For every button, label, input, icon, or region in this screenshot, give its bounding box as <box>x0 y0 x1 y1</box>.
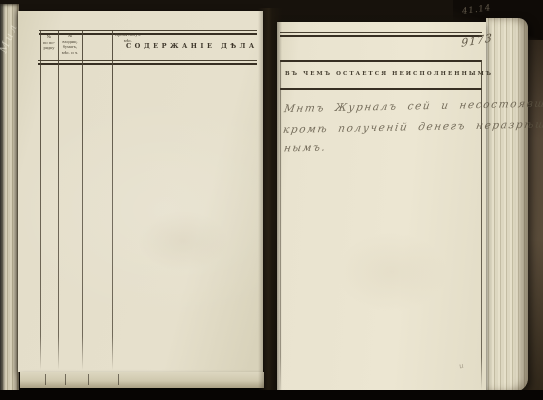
handwriting-line-3: нымъ. <box>283 142 327 155</box>
ink-smudge: и <box>458 362 464 371</box>
table-vline-3 <box>82 30 83 370</box>
bottom-edge-line <box>118 374 119 385</box>
left-page: № по по- рядку № входящ. бумагъ, мѣс. и … <box>18 11 263 372</box>
table-vline-1 <box>40 30 41 370</box>
table-top-rule-thin <box>39 30 257 31</box>
header-bottom-rule-thin <box>38 60 257 61</box>
column3-line: Время получ. <box>113 32 143 38</box>
column2-line: бумагъ, <box>59 44 81 50</box>
bottom-edge-line <box>45 374 46 385</box>
right-header-bottom-rule <box>280 88 482 90</box>
right-top-rule-heavy <box>280 35 482 37</box>
column-header-2: № входящ. бумагъ, мѣс. и ч. <box>59 33 81 56</box>
column3-line: мѣс. <box>113 38 143 44</box>
table-vline-2 <box>58 30 59 370</box>
right-page: ВЪ ЧЕМЪ ОСТАЕТСЯ НЕИСПОЛНЕННЫМЪ Мнтъ Жур… <box>277 22 486 392</box>
right-header-top-rule <box>280 60 482 62</box>
bottom-edge-line <box>88 374 89 385</box>
bottom-table-shadow <box>0 390 543 400</box>
column1-line: № <box>41 34 57 40</box>
table-top-rule-heavy <box>39 33 257 35</box>
paper-stain <box>337 232 447 312</box>
column2-line: № <box>59 33 81 39</box>
column-header-3: Время получ. мѣс. <box>113 32 143 43</box>
column2-line: входящ. <box>59 39 81 45</box>
table-vline-4 <box>112 30 113 370</box>
bottom-edge-line <box>65 374 66 385</box>
header-bottom-rule-heavy <box>38 63 257 65</box>
paper-stain <box>138 211 228 271</box>
right-page-title: ВЪ ЧЕМЪ ОСТАЕТСЯ НЕИСПОЛНЕННЫМЪ <box>285 71 493 77</box>
left-page-title: СОДЕРЖАНІЕ ДѢЛА <box>126 42 258 50</box>
archival-book-scan: Мил № по по- рядку № входящ. бумагъ, мѣс… <box>0 0 543 400</box>
bottom-page-edges <box>20 372 264 388</box>
column-header-1: № по по- рядку <box>41 34 57 51</box>
left-page-edges <box>0 4 19 396</box>
book-gutter <box>258 8 282 394</box>
right-top-rule-thin <box>280 32 482 33</box>
column2-line: мѣс. и ч. <box>59 50 81 56</box>
column1-line: по по- <box>41 40 57 46</box>
column1-line: рядку <box>41 45 57 51</box>
